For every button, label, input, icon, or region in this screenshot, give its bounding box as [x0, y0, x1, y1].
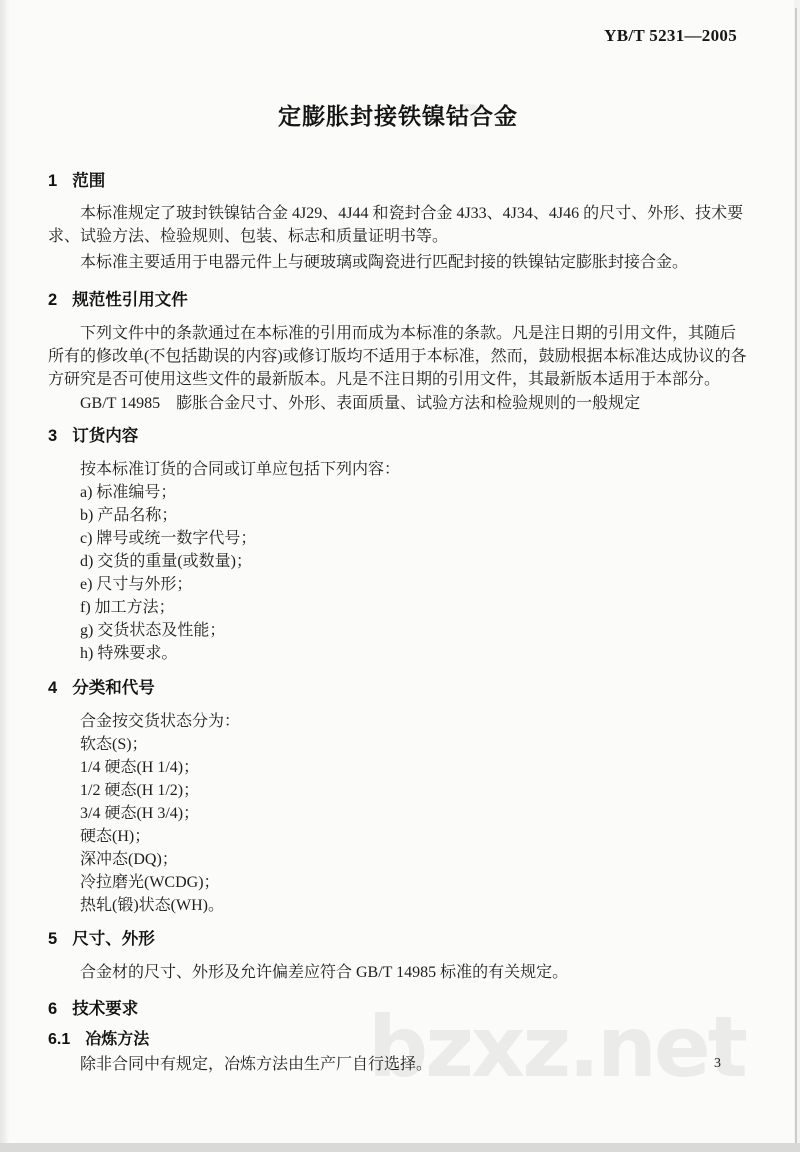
section-5-title: 尺寸、外形 — [72, 930, 155, 948]
list-item: b) 产品名称； — [80, 504, 748, 527]
section-1-heading: 1范围 — [48, 170, 748, 192]
section-3-title: 订货内容 — [72, 427, 138, 445]
section-1-number: 1 — [48, 172, 57, 190]
section-4-intro: 合金按交货状态分为： — [48, 710, 748, 733]
section-5-paragraph-1: 合金材的尺寸、外形及允许偏差应符合 GB/T 14985 标准的有关规定。 — [48, 961, 748, 984]
list-item: 热轧(锻)状态(WH)。 — [80, 894, 748, 917]
list-item: d) 交货的重量(或数量)； — [80, 550, 748, 573]
section-6-title: 技术要求 — [72, 1000, 138, 1018]
list-item: 3/4 硬态(H 3/4)； — [80, 802, 748, 825]
section-2-reference: GB/T 14985 膨胀合金尺寸、外形、表面质量、试验方法和检验规则的一般规定 — [48, 392, 748, 415]
list-item: 硬态(H)； — [80, 825, 748, 848]
section-1-paragraph-1: 本标准规定了玻封铁镍钴合金 4J29、4J44 和瓷封合金 4J33、4J34、… — [48, 202, 748, 248]
list-item: 1/2 硬态(H 1/2)； — [80, 779, 748, 802]
section-3-number: 3 — [48, 427, 57, 445]
section-5-heading: 5尺寸、外形 — [48, 928, 748, 950]
section-2-number: 2 — [48, 291, 57, 309]
scan-edge-bottom — [0, 1143, 800, 1152]
page-content: YB/T 5231—2005 定膨胀封接铁镍钴合金 1范围 本标准规定了玻封铁镍… — [48, 0, 748, 1076]
page-number: 3 — [714, 1056, 721, 1072]
section-6-1-title: 冶炼方法 — [85, 1031, 149, 1048]
list-item: e) 尺寸与外形； — [80, 573, 748, 596]
scan-edge-left — [0, 0, 10, 1152]
scan-edge-right-line — [795, 8, 797, 1143]
list-item: 软态(S)； — [80, 733, 748, 756]
list-item: a) 标准编号； — [80, 481, 748, 504]
list-item: 冷拉磨光(WCDG)； — [80, 871, 748, 894]
section-2-paragraph-1: 下列文件中的条款通过在本标准的引用而成为本标准的条款。凡是注日期的引用文件，其随… — [48, 322, 748, 391]
list-item: 1/4 硬态(H 1/4)； — [80, 756, 748, 779]
list-item: h) 特殊要求。 — [80, 642, 748, 665]
section-4-list: 软态(S)； 1/4 硬态(H 1/4)； 1/2 硬态(H 1/2)； 3/4… — [80, 733, 748, 917]
document-title: 定膨胀封接铁镍钴合金 — [48, 98, 748, 131]
section-6-heading: 6技术要求 — [48, 998, 748, 1020]
section-2-heading: 2规范性引用文件 — [48, 289, 748, 311]
standard-code: YB/T 5231—2005 — [48, 26, 748, 46]
section-6-1-number: 6.1 — [48, 1031, 70, 1048]
section-4-title: 分类和代号 — [72, 679, 155, 697]
list-item: f) 加工方法； — [80, 596, 748, 619]
list-item: 深冲态(DQ)； — [80, 848, 748, 871]
list-item: g) 交货状态及性能； — [80, 619, 748, 642]
section-5-number: 5 — [48, 930, 57, 948]
section-6-number: 6 — [48, 1000, 57, 1018]
section-3-list: a) 标准编号； b) 产品名称； c) 牌号或统一数字代号； d) 交货的重量… — [80, 481, 748, 665]
section-2-title: 规范性引用文件 — [72, 291, 188, 309]
section-3-intro: 按本标准订货的合同或订单应包括下列内容： — [48, 458, 748, 481]
section-4-number: 4 — [48, 679, 57, 697]
scanned-standard-page: { "header": { "standard_code": "YB/T 523… — [0, 0, 800, 1152]
section-6-1-paragraph-1: 除非合同中有规定，冶炼方法由生产厂自行选择。 — [48, 1053, 748, 1076]
section-1-title: 范围 — [72, 172, 105, 190]
section-1-paragraph-2: 本标准主要适用于电器元件上与硬玻璃或陶瓷进行匹配封接的铁镍钴定膨胀封接合金。 — [48, 251, 748, 274]
section-6-1-heading: 6.1冶炼方法 — [48, 1029, 748, 1051]
section-4-heading: 4分类和代号 — [48, 677, 748, 699]
list-item: c) 牌号或统一数字代号； — [80, 527, 748, 550]
section-3-heading: 3订货内容 — [48, 425, 748, 447]
